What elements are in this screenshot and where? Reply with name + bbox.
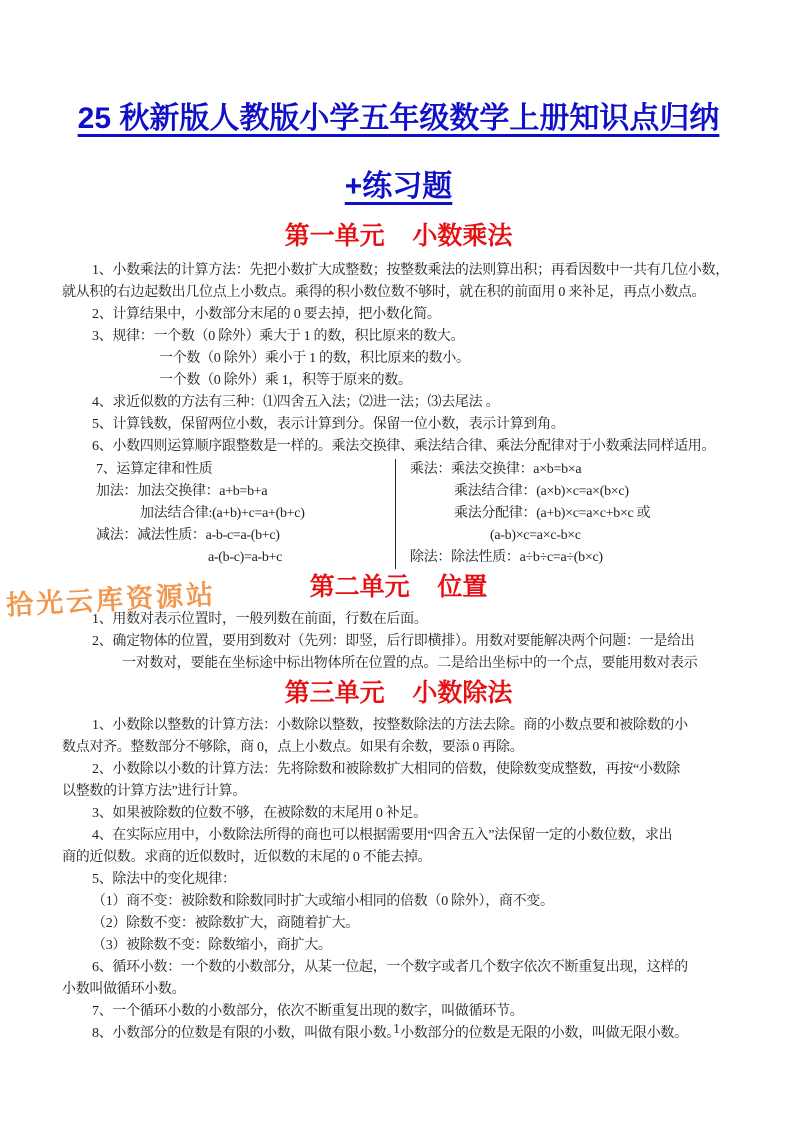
body-line: 1、小数除以整数的计算方法：小数除以整数，按整数除法的方法去除。商的小数点要和被…	[62, 715, 735, 737]
body-line: 7、一个循环小数的小数部分，依次不断重复出现的数字，叫做循环节。	[62, 1001, 735, 1023]
law-line: 加法结合律:(a+b)+c=a+(b+c)	[96, 503, 395, 525]
laws-right-column: 乘法：乘法交换律：a×b=b×a 乘法结合律：(a×b)×c=a×(b×c) 乘…	[396, 459, 650, 569]
law-line: 7、运算定律和性质	[96, 459, 395, 481]
body-line: 3、规律：一个数（0 除外）乘大于 1 的数，积比原来的数大。	[62, 326, 735, 348]
body-line: 5、计算钱数，保留两位小数，表示计算到分。保留一位小数，表示计算到角。	[62, 414, 735, 436]
body-line: 2、计算结果中，小数部分末尾的 0 要去掉，把小数化简。	[62, 304, 735, 326]
unit1-body: 1、小数乘法的计算方法：先把小数扩大成整数；按整数乘法的法则算出积；再看因数中一…	[62, 260, 735, 458]
laws-left-column: 7、运算定律和性质 加法：加法交换律：a+b=b+a 加法结合律:(a+b)+c…	[62, 459, 396, 569]
operation-laws-table: 7、运算定律和性质 加法：加法交换律：a+b=b+a 加法结合律:(a+b)+c…	[62, 459, 735, 569]
body-line: 4、求近似数的方法有三种：⑴四舍五入法；⑵进一法；⑶去尾法 。	[62, 392, 735, 414]
unit2-body: 1、用数对表示位置时，一般列数在前面，行数在后面。 2、确定物体的位置，要用到数…	[62, 609, 735, 675]
law-line: 加法：加法交换律：a+b=b+a	[96, 481, 395, 503]
law-line: (a-b)×c=a×c-b×c	[410, 525, 650, 547]
law-line: 乘法：乘法交换律：a×b=b×a	[410, 459, 650, 481]
page-number: 1	[0, 1022, 793, 1038]
law-line: 乘法分配律：(a+b)×c=a×c+b×c 或	[410, 503, 650, 525]
document-page: 拾光云库资源站 25 秋新版人教版小学五年级数学上册知识点归纳 +练习题 第一单…	[0, 0, 793, 1122]
law-line: 乘法结合律：(a×b)×c=a×(b×c)	[410, 481, 650, 503]
body-line: （1）商不变：被除数和除数同时扩大或缩小相同的倍数（0 除外），商不变。	[62, 891, 735, 913]
body-line: 4、在实际应用中，小数除法所得的商也可以根据需要用“四舍五入”法保留一定的小数位…	[62, 825, 735, 847]
body-line: 2、小数除以小数的计算方法：先将除数和被除数扩大相同的倍数，使除数变成整数，再按…	[62, 759, 735, 781]
body-line: 以整数的计算方法”进行计算。	[62, 781, 735, 803]
unit3-heading: 第三单元 小数除法	[62, 677, 735, 710]
body-line: 一个数（0 除外）乘 1，积等于原来的数。	[62, 370, 735, 392]
unit3-body: 1、小数除以整数的计算方法：小数除以整数，按整数除法的方法去除。商的小数点要和被…	[62, 715, 735, 1045]
document-content: 25 秋新版人教版小学五年级数学上册知识点归纳 +练习题 第一单元 小数乘法 1…	[62, 0, 735, 1045]
document-title-line1: 25 秋新版人教版小学五年级数学上册知识点归纳	[62, 100, 735, 138]
body-line: 5、除法中的变化规律：	[62, 869, 735, 891]
body-line: 就从积的右边起数出几位点上小数点。乘得的积小数位数不够时，就在积的前面用 0 来…	[62, 282, 735, 304]
body-line: 2、确定物体的位置，要用到数对（先列：即竖，后行即横排）。用数对要能解决两个问题…	[62, 631, 735, 653]
body-line: （3）被除数不变：除数缩小，商扩大。	[62, 935, 735, 957]
body-line: 数点对齐。整数部分不够除，商 0，点上小数点。如果有余数，要添 0 再除。	[62, 737, 735, 759]
law-line: 除法：除法性质：a÷b÷c=a÷(b×c)	[410, 547, 650, 569]
document-title-line2: +练习题	[62, 168, 735, 206]
body-line: （2）除数不变：被除数扩大，商随着扩大。	[62, 913, 735, 935]
body-line: 1、小数乘法的计算方法：先把小数扩大成整数；按整数乘法的法则算出积；再看因数中一…	[62, 260, 735, 282]
body-line: 6、循环小数：一个数的小数部分，从某一位起，一个数字或者几个数字依次不断重复出现…	[62, 957, 735, 979]
body-line: 一个数（0 除外）乘小于 1 的数，积比原来的数小。	[62, 348, 735, 370]
law-line: a-(b-c)=a-b+c	[96, 547, 395, 569]
law-line: 减法：减法性质：a-b-c=a-(b+c)	[96, 525, 395, 547]
unit1-heading: 第一单元 小数乘法	[62, 220, 735, 253]
body-line: 小数叫做循环小数。	[62, 979, 735, 1001]
body-line: 一对数对，要能在坐标途中标出物体所在位置的点。二是给出坐标中的一个点，要能用数对…	[62, 653, 735, 675]
body-line: 6、小数四则运算顺序跟整数是一样的。乘法交换律、乘法结合律、乘法分配律对于小数乘…	[62, 436, 735, 458]
body-line: 商的近似数。求商的近似数时，近似数的末尾的 0 不能去掉。	[62, 847, 735, 869]
body-line: 3、如果被除数的位数不够，在被除数的末尾用 0 补足。	[62, 803, 735, 825]
